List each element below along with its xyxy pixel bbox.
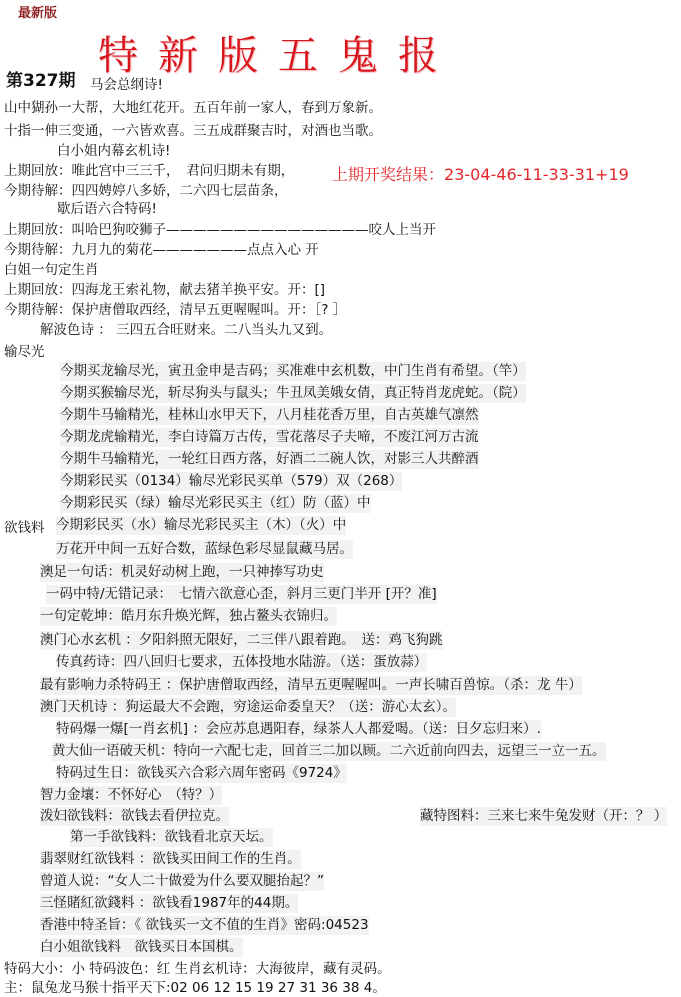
list-item: 特码过生日：欲钱买六合彩六周年密码《9724》: [56, 764, 347, 783]
list-item: 白小姐欲钱料 欲钱买日本国棋。: [40, 938, 243, 957]
last-draw-result: 上期开奖结果：23-04-46-11-33-31+19: [332, 162, 629, 185]
list-item: 特码爆一爆[一肖玄机] ：会应苏息遇阳春，绿茶人人都爱喝。（送：日夕忘归来）.: [56, 720, 541, 739]
last-review-line: 上期回放：唯此宫中三三千， 君问归期未有期，: [4, 162, 294, 181]
issue-number: 第327期: [6, 66, 76, 91]
page-title: 特新版五鬼报: [98, 24, 458, 81]
section-heading-horse-poem: 马会总纲诗!: [90, 76, 163, 95]
section-heading-baijie: 白姐一句定生肖: [4, 261, 99, 280]
list-item: 第一手欲钱料：欲钱看北京天坛。: [70, 828, 273, 847]
list-item: 今期彩民买（0134）输尽光彩民买单（579）双（268）: [60, 472, 402, 491]
list-item: 澳门天机诗 ：狗运最大不会跑，穷途运命委皇天？（送：游心太玄）。: [40, 698, 456, 717]
list-item: 今期买龙输尽光，寅丑金申是吉码；买准难中玄机数，中门生肖有希望。（竿）: [60, 362, 526, 381]
list-item: 今期牛马输精光，一轮红日西方落，好酒二二碗人饮，对影三人共醉酒: [60, 450, 479, 469]
list-item: 翡翠财红欲钱料 ：欲钱买田间工作的生肖。: [40, 850, 301, 869]
list-item: 今期牛马输精光，桂林山水甲天下，八月桂花香万里，自古英雄气凛然: [60, 406, 479, 425]
list-item: 香港中特圣旨：《 欲钱买一文不值的生肖》密码:04523: [40, 916, 369, 935]
list-item: 今期彩民买（水）输尽光彩民买主（木）（火）中: [56, 516, 346, 535]
list-item: 黄大仙一语破天机：特向一六配七走，回首三二加以顾。二六近前向四去，远望三一立一五…: [52, 742, 606, 761]
list-item: 万花开中间一五好合数，蓝绿色彩尽显鼠藏马居。: [56, 540, 353, 559]
list-item: 智力金壤：不怀好心 （特？）: [40, 786, 222, 805]
current-riddle-line: 今期待解：九月九的菊花———————点点入心 开: [4, 241, 319, 260]
section-heading-xiehouyu: 歇后语六合特码!: [57, 200, 157, 219]
list-item: 澳门心水玄机 ：夕阳斜照无限好，二三伴八跟着跑。 送：鸡飞狗跳: [40, 631, 443, 650]
section-heading-bai-xiaojie: 白小姐内幕玄机诗!: [57, 142, 170, 161]
list-item: 澳足一句话：机灵好动树上跑，一只神捧写功史: [40, 563, 324, 582]
list-item: 今期龙虎输精光，李白诗篇万古传，雪花落尽子夫啼，不废江河万古流: [60, 428, 479, 447]
list-item: 一句定乾坤：皓月东升焕光辉，独占鳌头衣锦归。: [40, 607, 337, 626]
latest-version-badge: 最新版: [18, 2, 57, 21]
last-review-line: 上期回放：叫哈巴狗咬狮子———————————————咬人上当开: [4, 221, 436, 240]
footer-line: 特码大小：小 特码波色：红 生肖玄机诗：大海彼岸，藏有灵码。: [4, 960, 391, 979]
section-heading-shujinguang: 输尽光: [4, 343, 45, 362]
last-review-line: 上期回放：四海龙王索礼物，献去猪羊换平安。开：[]: [4, 281, 325, 300]
list-item: 泼妇欲钱料：欲钱去看伊拉克。: [40, 807, 229, 826]
current-riddle-line: 今期待解：保护唐僧取西经，清早五更喔喔叫。开：［? ］: [4, 301, 346, 320]
list-item: 一码中特/无错记录： 七情六欲意心歪，斜月三更门半开 [开？准]: [46, 585, 437, 604]
list-item: 三怪賭紅欲錢料 ：欲钱看1987年的44期。: [40, 894, 298, 913]
list-item: 最有影响力杀特码王 ：保护唐僧取西经，清早五更喔喔叫。一声长啸百兽惊。（杀：龙 …: [40, 676, 582, 695]
current-riddle-line: 今期待解：四四娉婷八多娇，二六四七层苗条，: [4, 182, 288, 201]
poem-line: 山中猢孙一大帮，大地红花开。五百年前一家人，春到万象新。: [4, 99, 382, 118]
list-item: 今期买猴输尽光，斩尽狗头与鼠头；牛丑凤美娥女倩，真正特肖龙虎蛇。（院）: [60, 384, 526, 403]
list-item: 今期彩民买（绿）输尽光彩民买主（红）防（蓝）中: [60, 494, 371, 513]
side-note: 藏特图料：三来七来牛兔发财（开：？ ）: [420, 807, 667, 826]
list-item: 传真药诗：四八回归七要求，五体投地水陆游。（送：蛋放蒜）: [56, 653, 427, 672]
color-poem-line: 解波色诗 ： 三四五合旺财来。二八当头九又到。: [40, 321, 332, 340]
footer-line: 主：鼠兔龙马猴十指平天下:02 06 12 15 19 27 31 36 38 …: [4, 979, 386, 997]
section-heading-yuqianliao: 欲钱料: [4, 519, 45, 538]
list-item: 曾道人说：“女人二十做爱为什么要双腿抬起？”: [40, 872, 324, 891]
last-draw-label: 上期开奖结果：: [332, 165, 444, 184]
poem-line: 十指一伸三变通，一六皆欢喜。三五成群聚吉时，对酒也当歌。: [4, 122, 382, 141]
last-draw-numbers: 23-04-46-11-33-31+19: [444, 165, 629, 184]
